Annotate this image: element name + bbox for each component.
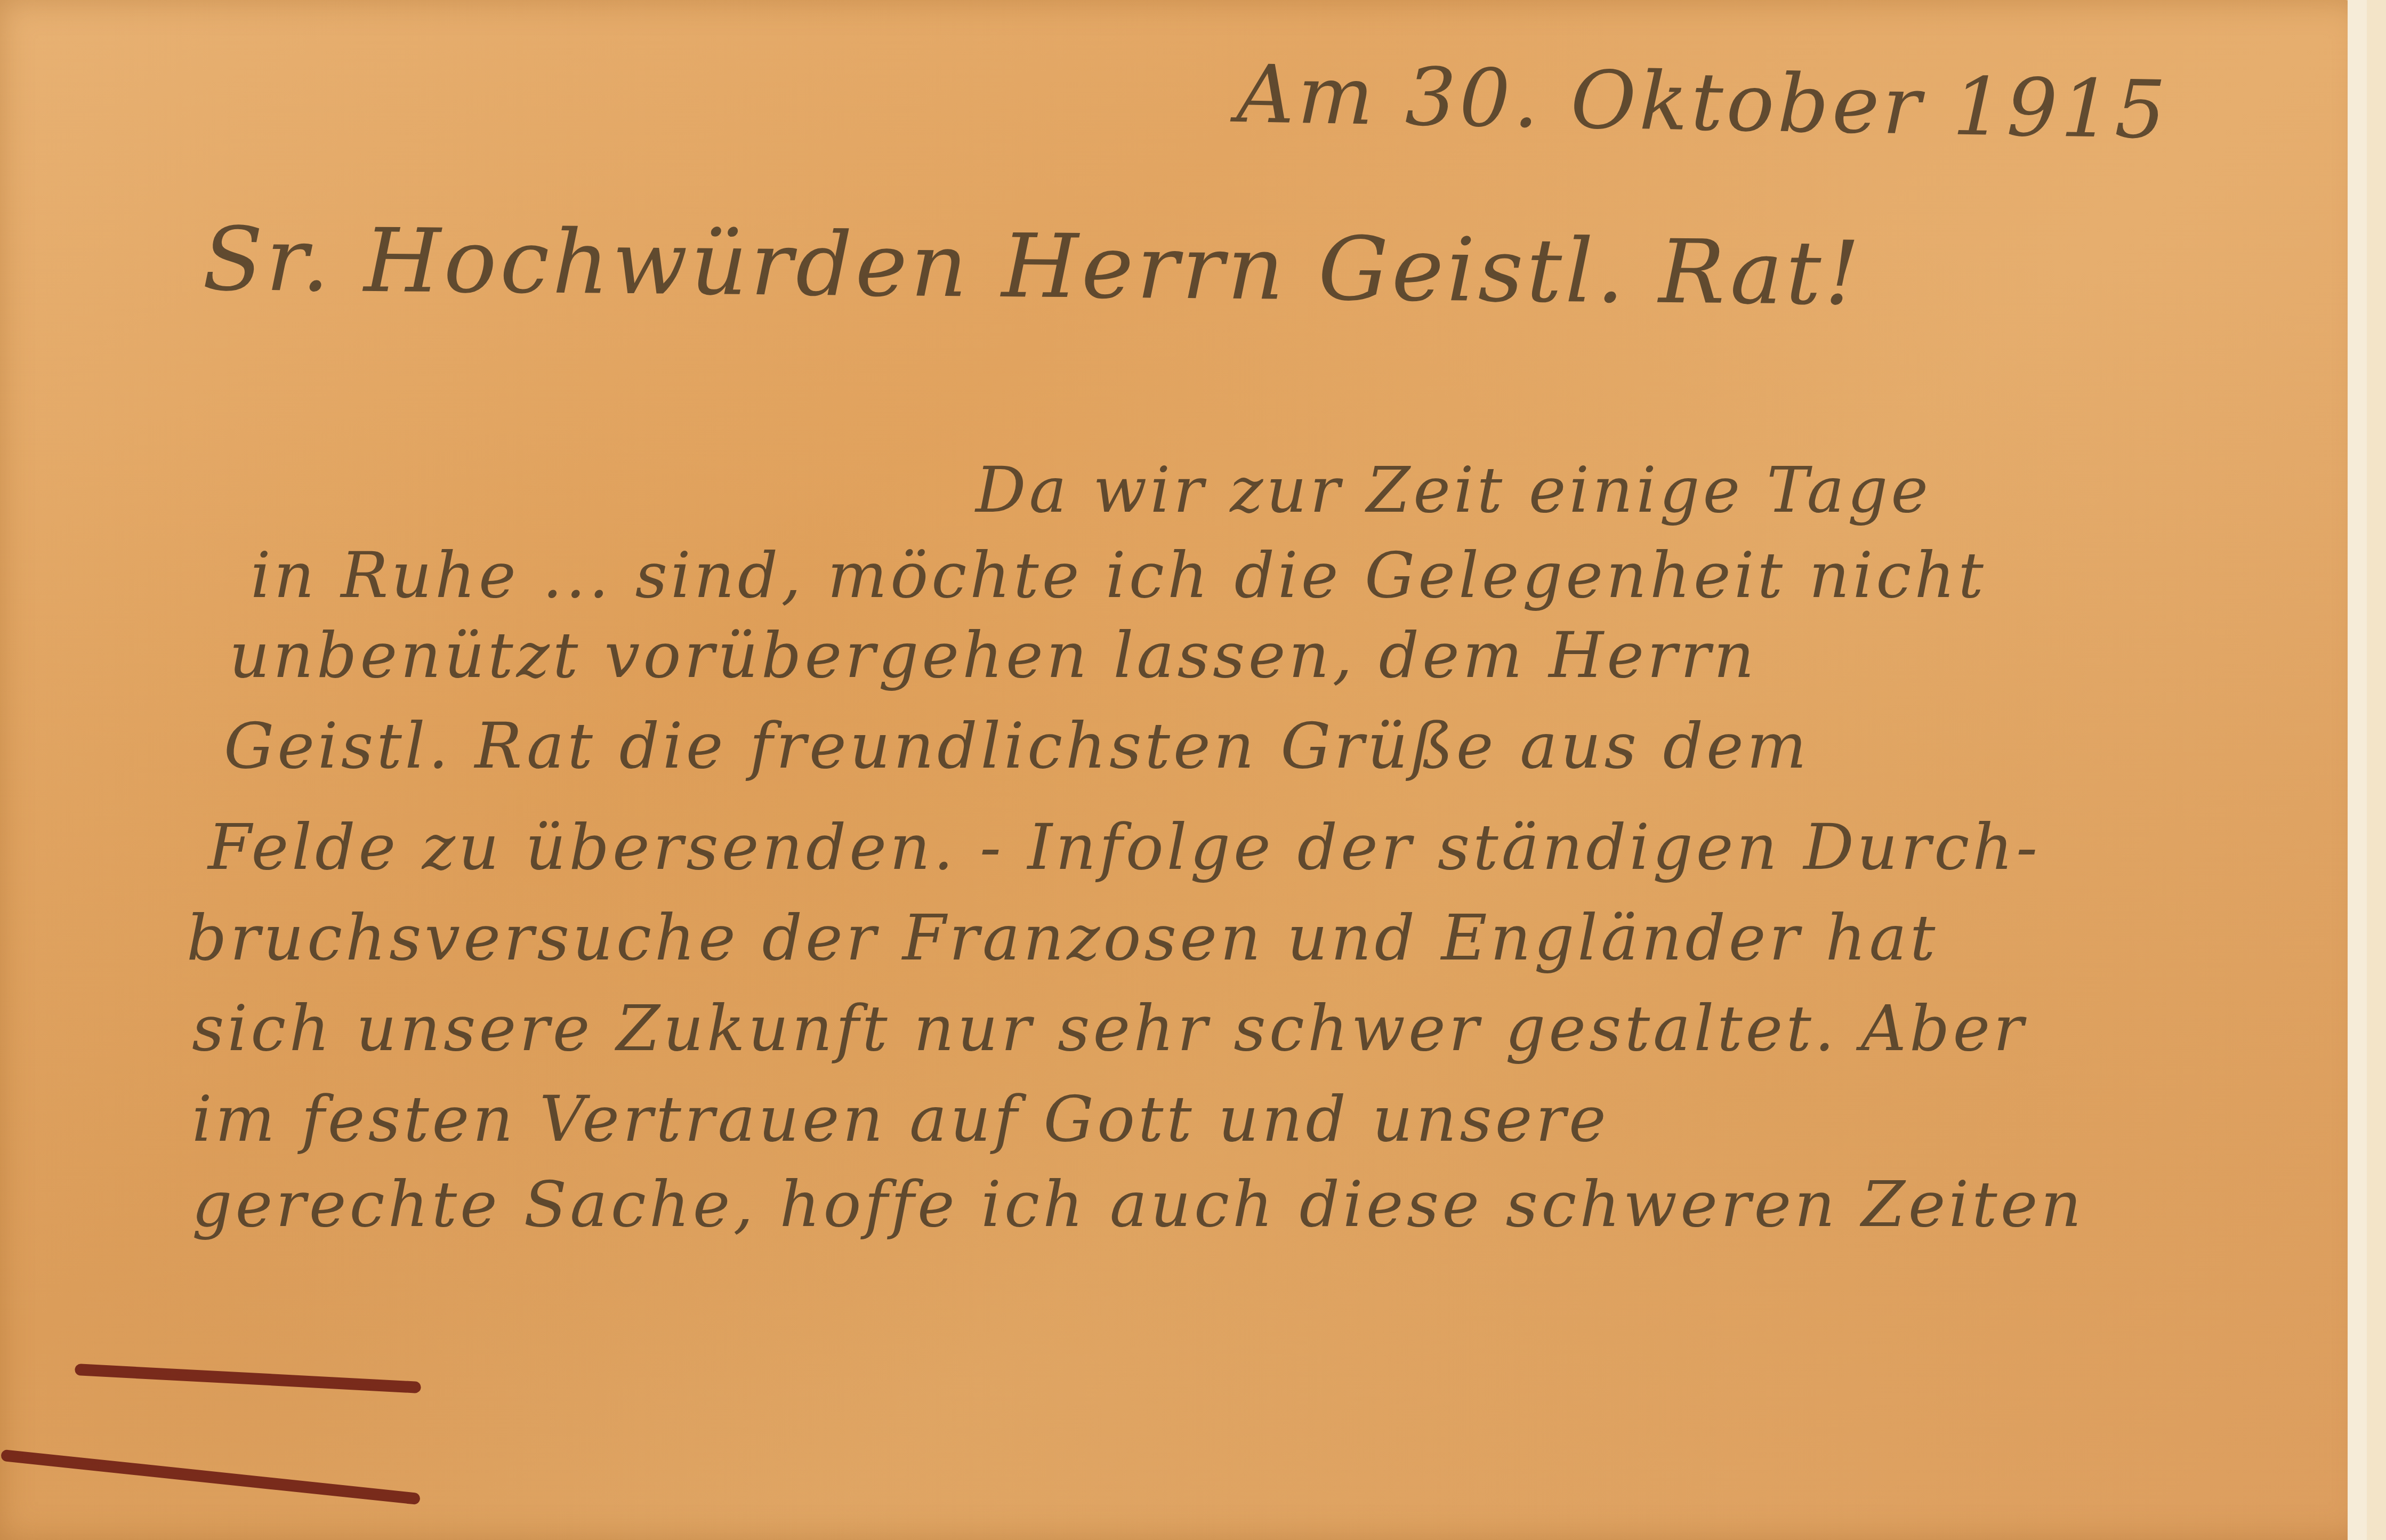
body-line: bruchsversuche der Franzosen und Engländ… bbox=[187, 901, 1938, 974]
card-edge bbox=[2348, 0, 2367, 1540]
postcard: Am 30. Oktober 1915 Sr. Hochwürden Herrn… bbox=[0, 0, 2367, 1540]
body-line: im festen Vertrauen auf Gott und unsere bbox=[192, 1082, 1609, 1156]
body-line: unbenützt vorübergehen lassen, dem Herrn bbox=[229, 618, 1758, 692]
body-line: Felde zu übersenden. - Infolge der ständ… bbox=[208, 810, 2041, 884]
body-line: Da wir zur Zeit einige Tage bbox=[976, 453, 1931, 527]
body-line: sich unsere Zukunft nur sehr schwer gest… bbox=[192, 991, 2027, 1065]
date-line: Am 30. Oktober 1915 bbox=[1236, 48, 2170, 157]
body-line: in Ruhe ... sind, möchte ich die Gelegen… bbox=[251, 538, 1987, 612]
body-line: gerechte Sache, hoffe ich auch diese sch… bbox=[192, 1167, 2085, 1241]
body-line: Geistl. Rat die freundlichsten Grüße aus… bbox=[224, 709, 1810, 783]
red-crayon-stroke bbox=[1, 1449, 421, 1505]
salutation: Sr. Hochwürden Herrn Geistl. Rat! bbox=[202, 208, 1863, 325]
red-crayon-stroke bbox=[75, 1364, 421, 1393]
